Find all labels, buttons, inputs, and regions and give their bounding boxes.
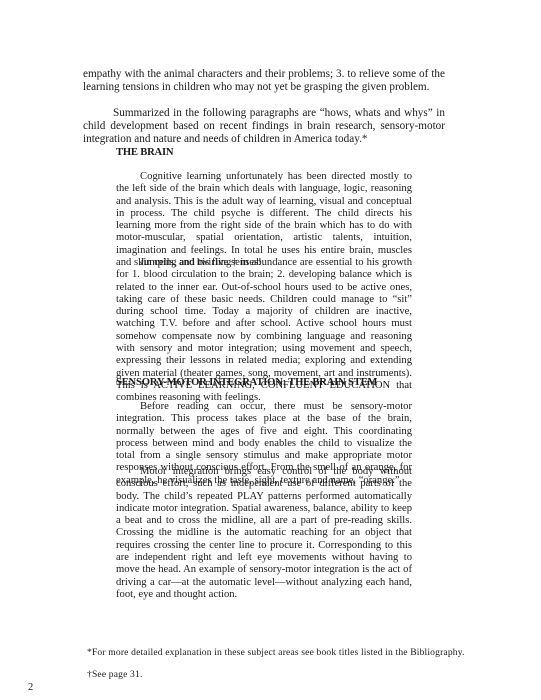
section-heading-the-brain: THE BRAIN — [116, 147, 412, 159]
section-brain-stem-heading-block: SENSORY-MOTOR INTEGRATION: THE BRAIN STE… — [116, 377, 412, 389]
intro-paragraph: empathy with the animal characters and t… — [83, 68, 445, 94]
body-paragraph: Cognitive learning unfortunately has bee… — [116, 171, 412, 269]
summary-paragraph-block: Summarized in the following paragraphs a… — [83, 107, 445, 147]
section-the-brain-paragraph-1-block: Cognitive learning unfortunately has bee… — [116, 171, 412, 269]
page-number: 2 — [28, 682, 33, 694]
footnote-bibliography: *For more detailed explanation in these … — [87, 647, 467, 659]
footnote-see-page: †See page 31. — [87, 669, 467, 681]
section-heading-sensory-motor-integration: SENSORY-MOTOR INTEGRATION: THE BRAIN STE… — [116, 377, 412, 389]
summary-paragraph: Summarized in the following paragraphs a… — [83, 107, 445, 147]
body-paragraph: Motor integration brings easy control of… — [116, 466, 412, 601]
section-the-brain-heading-block: THE BRAIN — [116, 147, 412, 159]
section-brain-stem-paragraph-2-block: Motor integration brings easy control of… — [116, 466, 412, 601]
intro-paragraph-block: empathy with the animal characters and t… — [83, 68, 445, 94]
document-page: empathy with the animal characters and t… — [0, 0, 541, 700]
